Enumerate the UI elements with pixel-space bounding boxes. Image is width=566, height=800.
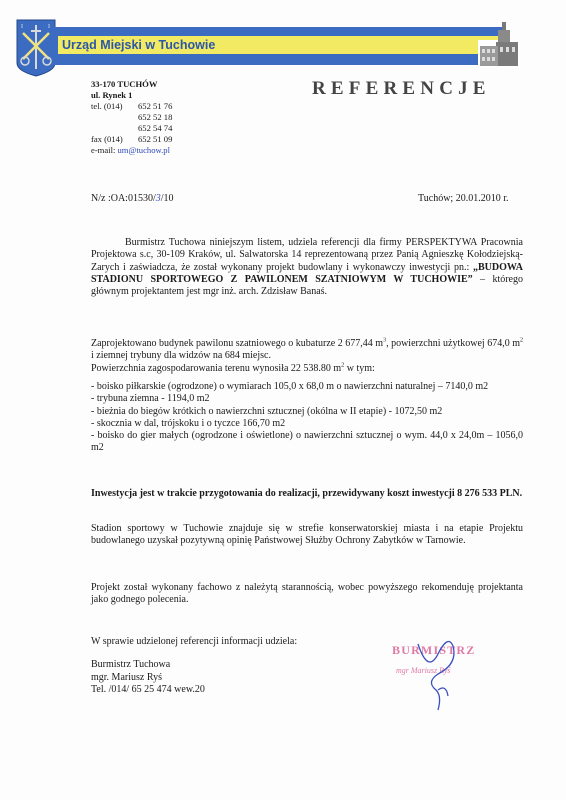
tel-number: 652 54 74: [138, 123, 172, 134]
contact-name: mgr. Mariusz Ryś: [91, 672, 297, 684]
paragraph-recommendation: Projekt został wykonany fachowo z należy…: [91, 582, 523, 607]
tel-label: tel. (014): [91, 101, 138, 112]
sender-address: 33-170 TUCHÓW ul. Rynek 1 tel. (014)652 …: [91, 79, 172, 156]
postal-code-city: 33-170 TUCHÓW: [91, 79, 172, 90]
fax-label: fax (014): [91, 134, 138, 145]
tel-number: 652 52 18: [138, 112, 172, 123]
paragraph-cost: Inwestycja jest w trakcie przygotowania …: [91, 488, 523, 500]
contact-block: W sprawie udzielonej referencji informac…: [91, 636, 297, 696]
document-title: REFERENCJE: [312, 78, 491, 100]
contact-phone: Tel. /014/ 65 25 474 wew.20: [91, 684, 297, 696]
fax-number: 652 51 09: [138, 134, 172, 145]
list-item: - bieżnia do biegów krótkich o nawierzch…: [91, 406, 523, 418]
paragraph-specs: Zaprojektowano budynek pawilonu szatniow…: [91, 338, 523, 375]
list-item: - boisko piłkarskie (ogrodzone) o wymiar…: [91, 381, 523, 393]
contact-intro: W sprawie udzielonej referencji informac…: [91, 636, 297, 648]
town-hall-icon: [478, 20, 520, 68]
list-item: - trybuna ziemna - 1194,0 m2: [91, 393, 523, 405]
svg-text:I: I: [48, 24, 50, 30]
paragraph-intro: Burmistrz Tuchowa niniejszym listem, udz…: [91, 237, 523, 298]
email-link[interactable]: um@tuchow.pl: [118, 145, 170, 155]
office-name: Urząd Miejski w Tuchowie: [62, 36, 215, 54]
area-list: - boisko piłkarskie (ogrodzone) o wymiar…: [91, 381, 523, 455]
tel-number: 652 51 76: [138, 101, 172, 112]
document-page: I I Urząd Miejski w Tuchowie 33-170 TUCH…: [0, 0, 566, 800]
email-label: e-mail:: [91, 145, 115, 155]
list-item: - skocznia w dal, trójskoku i o tyczce 1…: [91, 418, 523, 430]
signature-icon: [408, 634, 468, 714]
list-item: - boisko do gier małych (ogrodzone i ośw…: [91, 430, 523, 455]
street: ul. Rynek 1: [91, 90, 172, 101]
coat-of-arms-icon: I I: [16, 19, 56, 77]
official-stamp: BURMISTRZ mgr Mariusz Ryś: [390, 640, 510, 710]
svg-text:I: I: [21, 24, 23, 30]
document-date: Tuchów; 20.01.2010 r.: [418, 193, 508, 204]
paragraph-conservation: Stadion sportowy w Tuchowie znajduje się…: [91, 523, 523, 548]
reference-number: N/z :OA:01530/3/10: [91, 193, 174, 204]
contact-role: Burmistrz Tuchowa: [91, 659, 297, 671]
